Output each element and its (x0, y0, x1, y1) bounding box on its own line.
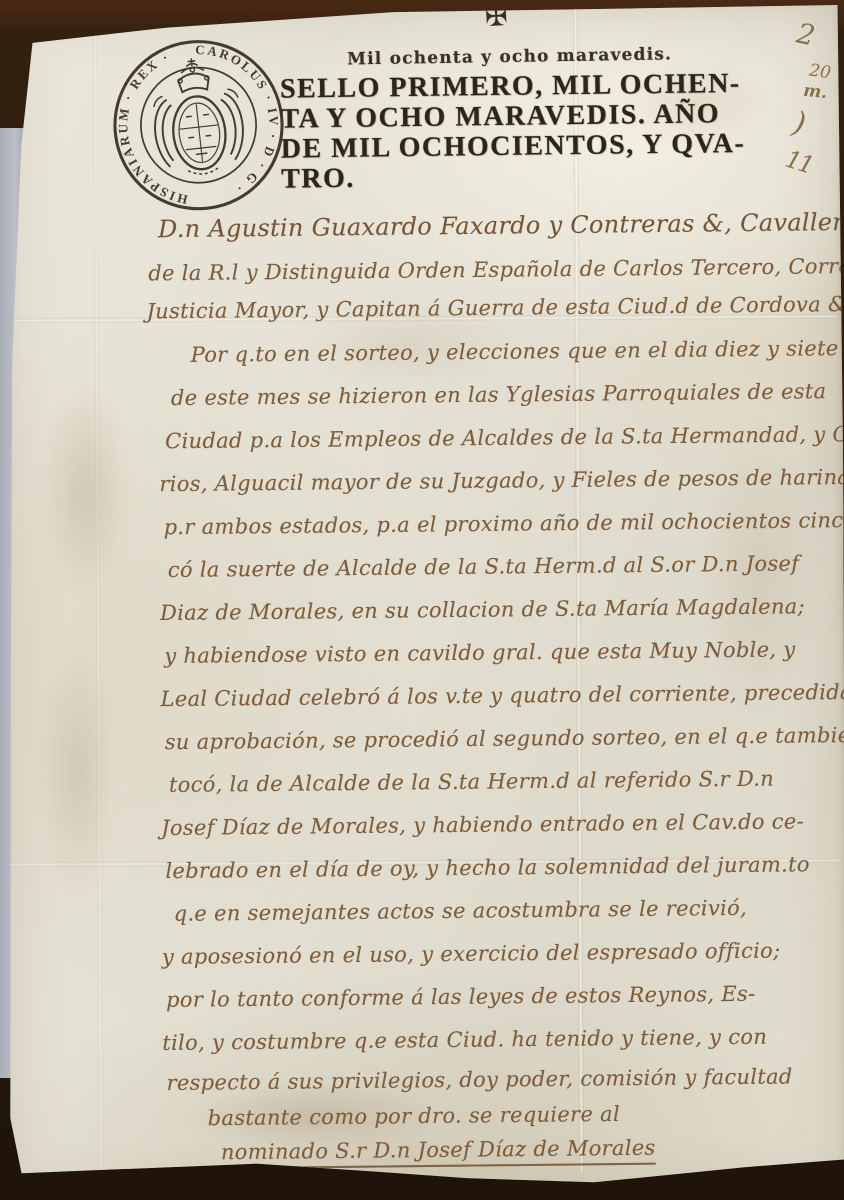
manuscript-line: Leal Ciudad celebró á los v.te y quatro … (160, 680, 844, 711)
manuscript-line: por lo tanto conforme á las leyes de est… (166, 982, 756, 1012)
maltese-cross-icon: ✠ (484, 1, 508, 33)
manuscript-line: có la suerte de Alcalde de la S.ta Herm.… (168, 551, 800, 582)
ink-bleed-smudge (39, 382, 130, 602)
manuscript-line: Diaz de Morales, en su collacion de S.ta… (160, 594, 805, 625)
manuscript-line: respecto á sus privilegios, doy poder, c… (166, 1064, 792, 1095)
manuscript-line: tilo, y costumbre q.e esta Ciud. ha teni… (162, 1025, 767, 1055)
manuscript-line: su aprobación, se procedió al segundo so… (165, 723, 844, 754)
manuscript-line: tocó, la de Alcalde de la S.ta Herm.d al… (169, 767, 774, 797)
margin-fee-value: 20 (808, 61, 832, 84)
photo-background: ✠ (0, 0, 844, 1200)
manuscript-line: Ciudad p.a los Empleos de Alcaldes de la… (165, 421, 844, 453)
manuscript-line: y habiendose visto en cavildo gral. que … (164, 637, 795, 668)
manuscript-body: D.n Agustin Guaxardo Faxardo y Contreras… (0, 0, 841, 2)
manuscript-line: Por q.to en el sorteo, y elecciones que … (191, 336, 839, 367)
royal-seal-stamp: CAROLUS · IV · D · G · HISPANIARUM · REX… (91, 19, 307, 231)
manuscript-line: de este mes se hizieron en las Yglesias … (171, 379, 827, 410)
manuscript-line: q.e en semejantes actos se acostumbra se… (174, 896, 748, 926)
vertical-fold-crease-left (93, 32, 103, 1172)
manuscript-line: Josef Díaz de Morales, y habiendo entrad… (161, 809, 804, 840)
manuscript-line: rios, Alguacil mayor de su Juzgado, y Fi… (159, 465, 844, 496)
manuscript-line: p.r ambos estados, p.a el proximo año de… (163, 508, 844, 540)
manuscript-signature-line: nominado S.r D.n Josef Díaz de Morales (221, 1136, 656, 1165)
margin-fee-unit: m. (802, 81, 828, 103)
manuscript-line: y aposesionó en el uso, y exercicio del … (162, 939, 781, 969)
manuscript-line: de la R.l y Distinguida Orden Española d… (148, 253, 844, 285)
manuscript-line: Justicia Mayor, y Capitan á Guerra de es… (146, 291, 844, 323)
margin-page-number: 2 (794, 17, 818, 53)
document-page: ✠ (0, 0, 844, 1200)
manuscript-line: D.n Agustin Guaxardo Faxardo y Contreras… (158, 208, 844, 243)
seal-legend-left: HISPANIARUM · REX · (107, 48, 191, 214)
ink-bleed-smudge (36, 642, 117, 902)
manuscript-line: bastante como por dro. se requiere al (208, 1102, 620, 1130)
manuscript-line: lebrado en el día de oy, y hecho la sole… (165, 852, 810, 883)
stamped-fee-line: Mil ochenta y ocho maravedis. (347, 43, 747, 69)
printed-header: SELLO PRIMERO, MIL OCHEN- TA Y OCHO MARA… (280, 68, 821, 195)
